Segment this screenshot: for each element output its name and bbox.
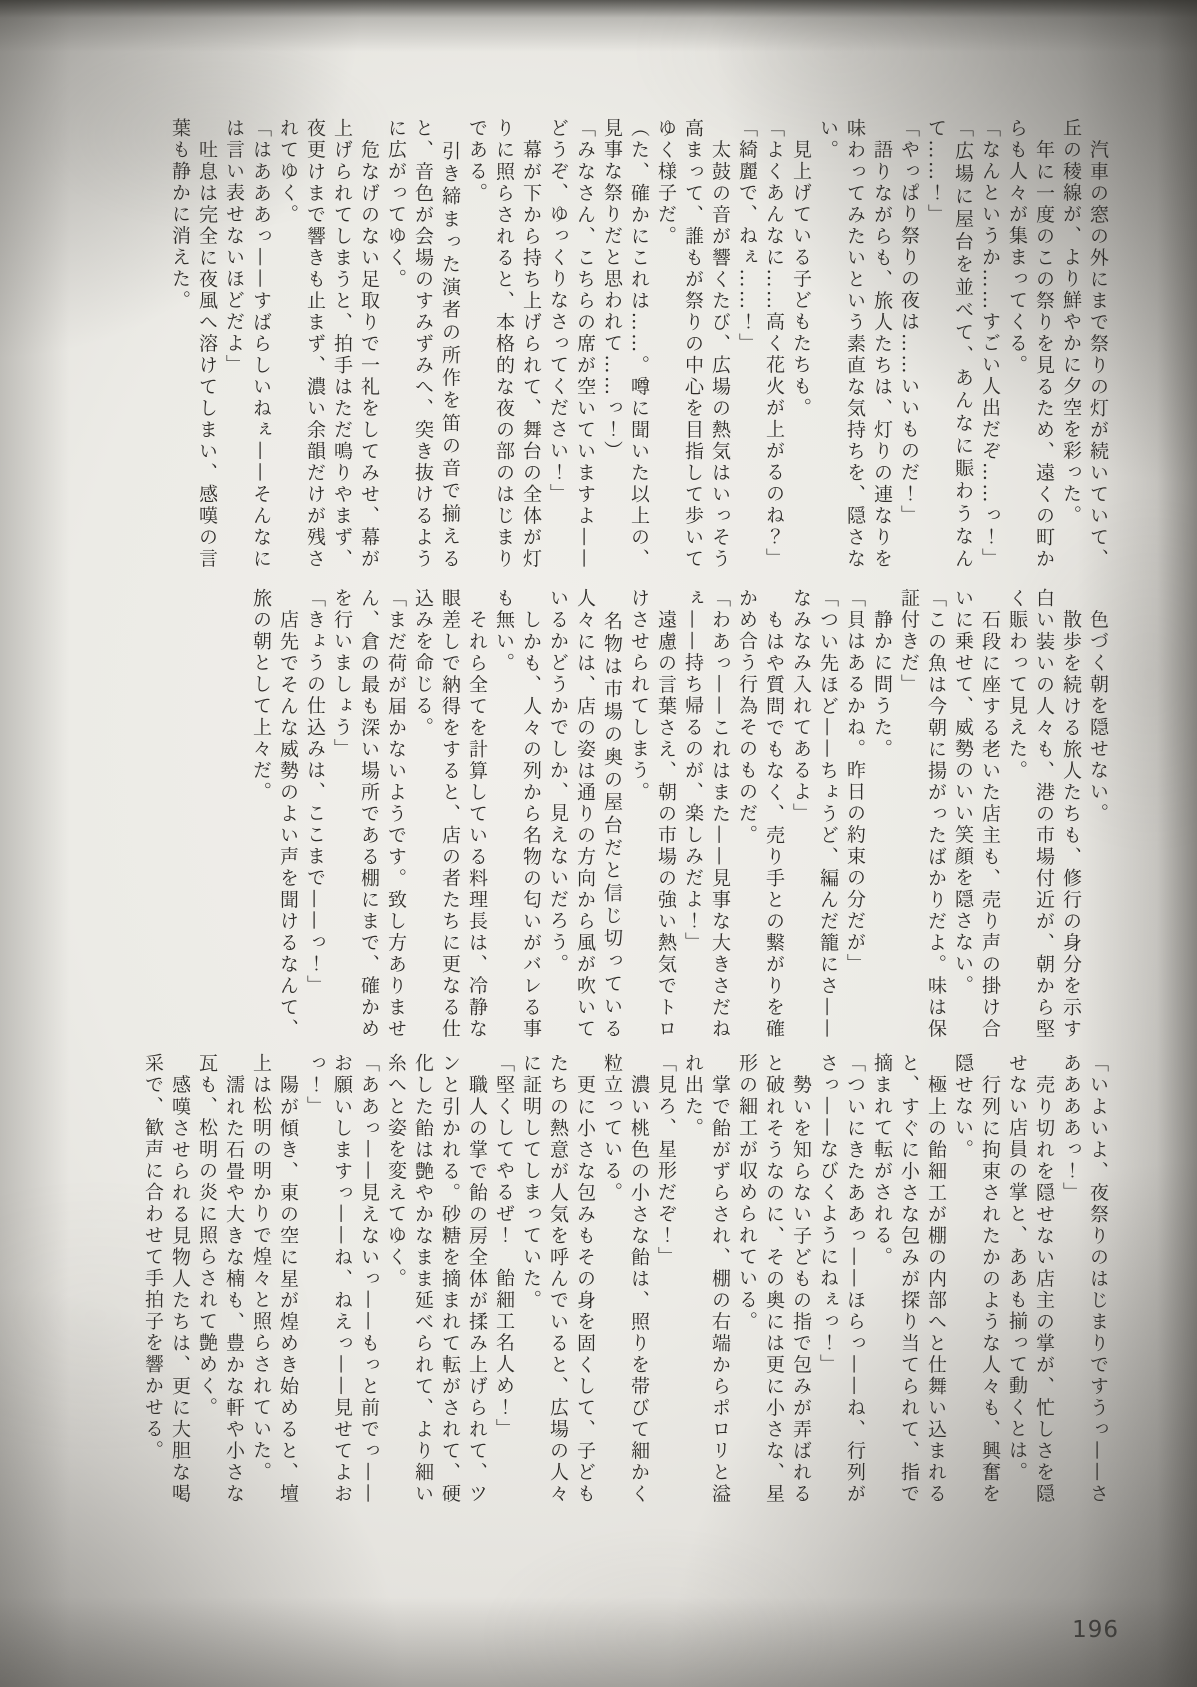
vertical-text-band-top: 汽車の窓の外にまで祭りの灯が続いていて、丘の稜線が、より鮮やかに夕空を彩った。 … xyxy=(142,118,1111,570)
vertical-text-band-bottom: 「いよいよ、夜祭りのはじまりですうっ——さああああっ！」 売り切れを隠せない店主… xyxy=(142,1053,1111,1505)
page-number: 196 xyxy=(1072,1617,1119,1643)
scanned-book-page: 汽車の窓の外にまで祭りの灯が続いていて、丘の稜線が、より鮮やかに夕空を彩った。 … xyxy=(0,0,1197,1687)
vertical-text-band-middle: 色づく朝を隠せない。 散歩を続ける旅人たちも、修行の身分を示す白い装いの人々も、… xyxy=(142,588,1111,1040)
